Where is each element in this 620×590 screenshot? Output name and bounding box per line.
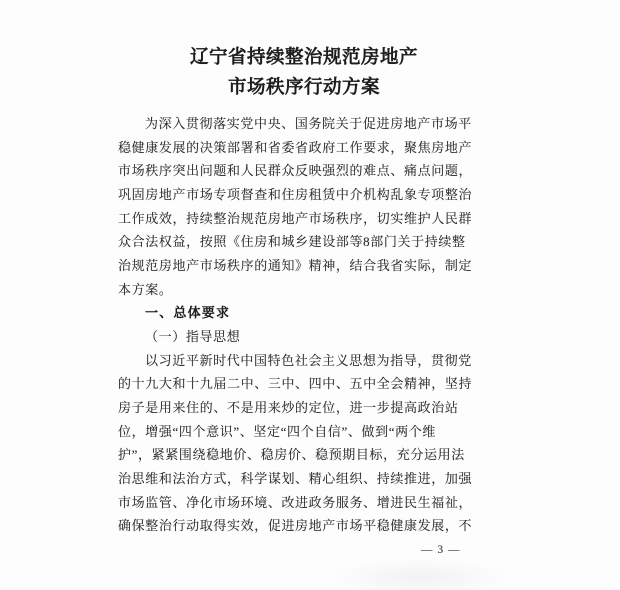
body-line: 工作成效，持续整治规范房地产市场秩序，切实维护人民群 (118, 207, 478, 231)
body-line: 市场秩序突出问题和人民群众反映强烈的难点、痛点问题， (118, 159, 478, 183)
body-line: 的十九大和十九届二中、三中、四中、五中全会精神，坚持 (118, 372, 478, 396)
body-line: 治规范房地产市场秩序的通知》精神，结合我省实际，制定 (118, 254, 478, 278)
body-line: 治思维和法治方式，科学谋划、精心组织、持续推进，加强 (118, 467, 478, 491)
body-line: 本方案。 (118, 278, 478, 302)
document-title: 辽宁省持续整治规范房地产 市场秩序行动方案 (123, 42, 485, 102)
body-line: 房子是用来住的、不是用来炒的定位，进一步提高政治站 (118, 396, 478, 420)
body-line: 市场监管、净化市场环境、改进政务服务、增进民生福祉， (118, 491, 478, 515)
title-line-1: 辽宁省持续整治规范房地产 (123, 42, 485, 72)
scan-shadow-artifact (330, 558, 510, 590)
section-heading: 一、总体要求 (118, 301, 478, 325)
title-line-2: 市场秩序行动方案 (123, 72, 485, 102)
body-line: 稳健康发展的决策部署和省委省政府工作要求，聚焦房地产 (118, 136, 478, 160)
body-line: 护”，紧紧围绕稳地价、稳房价、稳预期目标，充分运用法 (118, 443, 478, 467)
page-number: — 3 — (421, 544, 471, 556)
body-line: 位，增强“四个意识”、坚定“四个自信”、做到“两个维 (118, 420, 478, 444)
document-body: 为深入贯彻落实党中央、国务院关于促进房地产市场平 稳健康发展的决策部署和省委省政… (118, 112, 478, 538)
body-line: 众合法权益，按照《住房和城乡建设部等8部门关于持续整 (118, 230, 478, 254)
body-line: 为深入贯彻落实党中央、国务院关于促进房地产市场平 (118, 112, 478, 136)
document-page: 辽宁省持续整治规范房地产 市场秩序行动方案 为深入贯彻落实党中央、国务院关于促进… (0, 0, 620, 590)
body-line: 确保整治行动取得实效，促进房地产市场平稳健康发展，不 (118, 514, 478, 538)
subsection-heading: （一）指导思想 (118, 325, 478, 349)
body-line: 巩固房地产市场专项督查和住房租赁中介机构乱象专项整治 (118, 183, 478, 207)
body-line: 以习近平新时代中国特色社会主义思想为指导，贯彻党 (118, 349, 478, 373)
